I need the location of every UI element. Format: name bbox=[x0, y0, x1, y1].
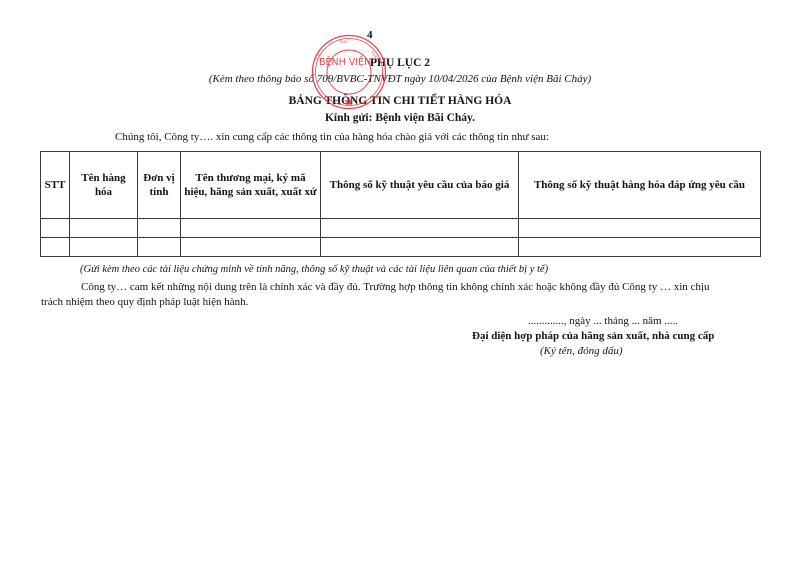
page-number-text: 4 bbox=[367, 29, 373, 41]
commitment-line-2: trách nhiệm theo quy định pháp luật hiện… bbox=[41, 296, 248, 308]
table-cell bbox=[519, 219, 761, 238]
signer-note: (Ký tên, đóng dấu) bbox=[540, 345, 622, 357]
table-cell bbox=[138, 238, 181, 257]
product-spec-table: STT Tên hàng hóa Đơn vị tính Tên thương … bbox=[40, 151, 761, 257]
header-trade-name: Tên thương mại, ký mã hiệu, hãng sản xuấ… bbox=[181, 152, 321, 219]
table-cell bbox=[70, 238, 138, 257]
header-required-specs: Thông số kỹ thuật yêu cầu của báo giá bbox=[321, 152, 519, 219]
table-cell bbox=[70, 219, 138, 238]
header-product-name: Tên hàng hóa bbox=[70, 152, 138, 219]
header-offered-specs: Thông số kỹ thuật hàng hóa đáp ứng yêu c… bbox=[519, 152, 761, 219]
table-cell bbox=[41, 219, 70, 238]
table-row bbox=[41, 238, 761, 257]
table-row bbox=[41, 219, 761, 238]
table-cell bbox=[321, 238, 519, 257]
header-stt: STT bbox=[41, 152, 70, 219]
table-title: BẢNG THÔNG TIN CHI TIẾT HÀNG HÓA bbox=[0, 95, 800, 107]
attachment-note: (Gửi kèm theo các tài liệu chứng minh về… bbox=[80, 264, 548, 275]
header-unit: Đơn vị tính bbox=[138, 152, 181, 219]
table-cell bbox=[321, 219, 519, 238]
table-cell bbox=[181, 238, 321, 257]
appendix-title: PHỤ LỤC 2 bbox=[0, 57, 800, 69]
svg-text:TỈNH: TỈNH bbox=[338, 39, 348, 44]
recipient-line: Kính gửi: Bệnh viện Bãi Cháy. bbox=[0, 112, 800, 124]
intro-paragraph: Chúng tôi, Công ty…. xin cung cấp các th… bbox=[115, 131, 549, 143]
table-header-row: STT Tên hàng hóa Đơn vị tính Tên thương … bbox=[41, 152, 761, 219]
appendix-reference-note: (Kèm theo thông báo số 709/BVBC-TNVĐT ng… bbox=[0, 73, 800, 85]
commitment-line-1: Công ty… cam kết những nội dung trên là … bbox=[81, 281, 709, 293]
table-cell bbox=[41, 238, 70, 257]
table-cell bbox=[181, 219, 321, 238]
date-line: ............., ngày ... tháng ... năm ..… bbox=[528, 315, 678, 327]
table-cell bbox=[519, 238, 761, 257]
table-cell bbox=[138, 219, 181, 238]
signer-title: Đại diện hợp pháp của hãng sản xuất, nhà… bbox=[472, 330, 714, 342]
